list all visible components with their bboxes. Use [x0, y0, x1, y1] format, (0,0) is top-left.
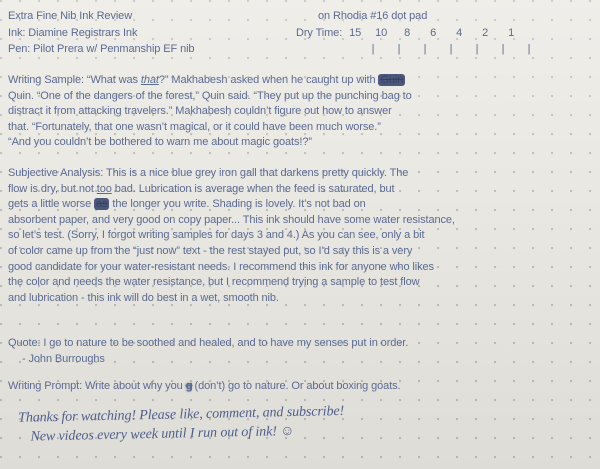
dry-time-tick: | [438, 41, 464, 58]
quote-section: Quote: I go to nature to be soothed and … [8, 336, 594, 367]
dry-time-value: 4 [446, 25, 472, 42]
handwriting-line: good candidate for your water-resistant … [8, 260, 594, 276]
handwriting-line: of color came up from the “just now” tex… [8, 244, 594, 260]
handwriting-line: and lubrication - this ink will do best … [8, 291, 594, 307]
dry-time-value: 6 [420, 25, 446, 42]
dry-time-tick: | [490, 41, 516, 58]
handwriting-line: that. “Fortunately, that one wasn’t magi… [8, 120, 594, 136]
handwriting-line: distract it from attacking travelers.” M… [8, 104, 594, 120]
dry-time-value: 1 [498, 25, 524, 42]
dry-time-line: Dry Time:151086421 [296, 25, 542, 42]
handwriting-line: the color and needs the water resistance… [8, 275, 594, 291]
dry-time-tick: | [386, 41, 412, 58]
dry-time-values: 151086421 [342, 25, 524, 42]
dry-time-value: 2 [472, 25, 498, 42]
header: Extra Fine Nib Ink Review Ink: Diamine R… [8, 8, 594, 60]
handwriting-line: absorbent paper, and very good on copy p… [8, 213, 594, 229]
handwriting-line: flow is dry, but not too bad. Lubricatio… [8, 182, 594, 198]
scribbled-out-word: as [94, 198, 109, 210]
dry-time-value: 15 [342, 25, 368, 42]
line-text: Writing Prompt: Write about why you [8, 380, 186, 392]
dry-time-tick: | [464, 41, 490, 58]
writing-prompt-line: Writing Prompt: Write about why you g (d… [8, 379, 594, 395]
subjective-analysis-section: Subjective Analysis: This is a nice blue… [8, 166, 594, 306]
handwriting-line: gets a little worse as the longer you wr… [8, 197, 594, 213]
notebook-page: Extra Fine Nib Ink Review Ink: Diamine R… [0, 0, 600, 469]
handwriting-line: Writing Sample: “What was that?” Makhabe… [8, 73, 594, 89]
dry-time-tick: | [412, 41, 438, 58]
handwriting-line: “And you couldn’t be bothered to warn me… [8, 135, 594, 151]
scribbled-out-word: Guin [378, 74, 405, 86]
writing-sample-section: Writing Sample: “What was that?” Makhabe… [8, 73, 594, 151]
dry-time-label: Dry Time: [296, 27, 342, 39]
header-right: on Rhodia #16 dot pad Dry Time:151086421… [296, 8, 542, 58]
line-text: the longer you write. Shading is lovely.… [109, 198, 365, 210]
underlined-word: too [97, 183, 112, 195]
line-text: (don’t) go to nature. Or about boxing go… [192, 380, 401, 392]
handwriting-line: so let’s test. (Sorry, I forgot writing … [8, 228, 594, 244]
line-text: gets a little worse [8, 198, 94, 210]
dry-time-tick-marks: ||||||| [296, 41, 542, 58]
handwriting-line: Quin. “One of the dangers of the forest,… [8, 89, 594, 105]
dry-time-tick: | [516, 41, 542, 58]
paper-type-line: on Rhodia #16 dot pad [318, 8, 542, 25]
footer-cursive-section: Thanks for watching! Please like, commen… [8, 397, 595, 447]
writing-prompt-section: Writing Prompt: Write about why you g (d… [8, 379, 594, 395]
handwriting-line: Subjective Analysis: This is a nice blue… [8, 166, 594, 182]
quote-attribution: - John Burroughs [8, 352, 594, 368]
line-text: Writing Sample: “What was [8, 74, 141, 86]
dry-time-value: 8 [394, 25, 420, 42]
dry-time-value: 10 [368, 25, 394, 42]
line-text: bad. Lubrication is average when the fee… [112, 183, 395, 195]
dry-time-tick: | [360, 41, 386, 58]
underlined-word: that [141, 74, 159, 86]
quote-line: Quote: I go to nature to be soothed and … [8, 336, 594, 352]
line-text: flow is dry, but not [8, 183, 97, 195]
line-text: ?” Makhabesh asked when he caught up wit… [159, 74, 379, 86]
